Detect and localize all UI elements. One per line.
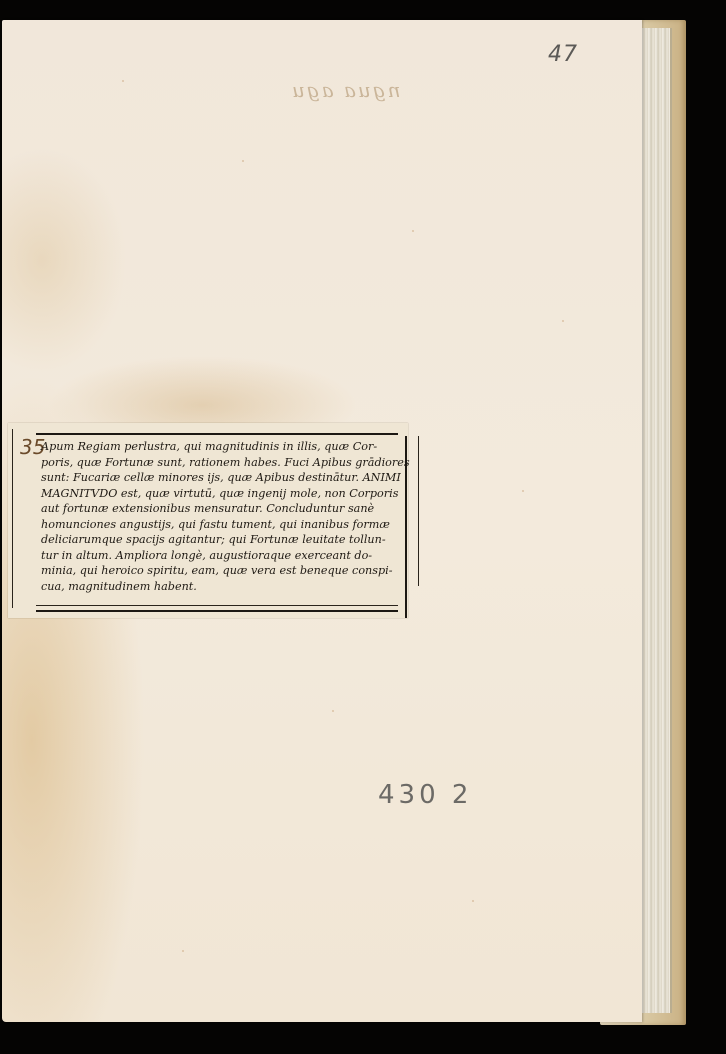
text-line: sunt: Fucariæ cellæ minores ijs, quæ Api… [41,470,401,486]
text-line: MAGNITVDO est, quæ virtutū, quæ ingenij … [41,486,401,502]
shelfmark-number: 430 2 [378,780,472,810]
clipping-rule-bottom [36,610,398,612]
paper-speck [122,80,124,82]
text-line: tur in altum. Ampliora longè, augustiora… [41,548,401,564]
clipping-rule-top [36,433,398,435]
clipping-border-left [12,429,13,608]
clipping-text: Apum Regiam perlustra, qui magnitudinis … [41,439,401,594]
text-line: aut fortunæ extensionibus mensuratur. Co… [41,501,401,517]
text-line: minia, qui heroico spiritu, eam, quæ ver… [41,563,401,579]
paper-speck [522,490,524,492]
paper-speck [332,710,334,712]
text-line: deliciarumque spacijs agitantur; qui For… [41,532,401,548]
paper-speck [182,950,184,952]
paper-speck [242,160,244,162]
text-line: poris, quæ Fortunæ sunt, rationem habes.… [41,455,401,471]
paper-speck [472,900,474,902]
text-line: cua, magnitudinem habent. [41,579,401,595]
paper-speck [412,230,414,232]
text-line: homunciones angustijs, qui fastu tument,… [41,517,401,533]
clipping-rule-bottom-thin [36,605,398,606]
printed-clipping: 35 Apum Regiam perlustra, qui magnitudin… [8,423,408,618]
folio-number: 47 [548,42,578,67]
bleed-through-text: ngua agu [290,78,400,102]
clipping-border-right-outer [418,436,419,586]
clipping-border-right [405,436,407,618]
paper-speck [562,320,564,322]
text-line: Apum Regiam perlustra, qui magnitudinis … [41,439,401,455]
